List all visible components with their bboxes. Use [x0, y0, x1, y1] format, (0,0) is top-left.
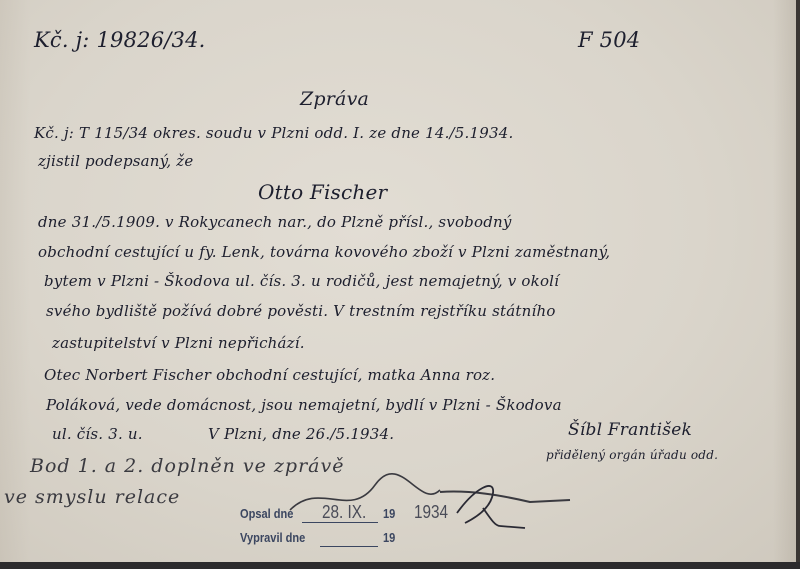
body-line: zastupitelství v Plzni nepřichází. — [52, 334, 305, 352]
signatory-role: přidělený orgán úřadu odd. — [546, 448, 718, 462]
file-code: F 504 — [578, 28, 640, 52]
stamp-copied-year: 1934 — [414, 502, 448, 523]
stamp-copied-label: Opsal dne — [240, 506, 293, 521]
stamp-sent-label: Vypravil dne — [240, 530, 305, 545]
reference-number: Kč. j: 19826/34. — [34, 28, 206, 52]
stamp-sent-year-prefix: 19 — [383, 530, 395, 545]
stamp-copied-date: 28. IX. — [322, 502, 366, 523]
body-line: obchodní cestující u fy. Lenk, továrna k… — [38, 243, 610, 261]
body-line: dne 31./5.1909. v Rokycanech nar., do Pl… — [38, 213, 512, 231]
page-edge-right — [796, 0, 800, 569]
place-date: V Plzni, dne 26./5.1934. — [208, 425, 394, 443]
signature-flourish-icon — [455, 478, 535, 538]
subject-name: Otto Fischer — [258, 180, 387, 204]
body-line: Kč. j: T 115/34 okres. soudu v Plzni odd… — [34, 124, 513, 142]
body-line: Poláková, vede domácnost, jsou nemajetní… — [46, 396, 562, 414]
body-line: svého bydliště požívá dobré pověsti. V t… — [46, 302, 556, 320]
pencil-note-line2: ve smyslu relace — [4, 486, 180, 508]
body-line: zjistil podepsaný, že — [38, 152, 193, 170]
body-line: bytem v Plzni - Škodova ul. čís. 3. u ro… — [44, 272, 559, 290]
archival-document-page: Kč. j: 19826/34. F 504 Zpráva Kč. j: T 1… — [0, 0, 798, 562]
stamp-sent-underline — [320, 546, 378, 547]
document-title: Zpráva — [300, 88, 369, 110]
signatory-name: Šíbl František — [568, 420, 692, 440]
stamp-copied-year-prefix: 19 — [383, 506, 395, 521]
page-edge-bottom — [0, 562, 800, 569]
body-line: Otec Norbert Fischer obchodní cestující,… — [44, 366, 495, 384]
body-line: ul. čís. 3. u. — [52, 425, 143, 443]
